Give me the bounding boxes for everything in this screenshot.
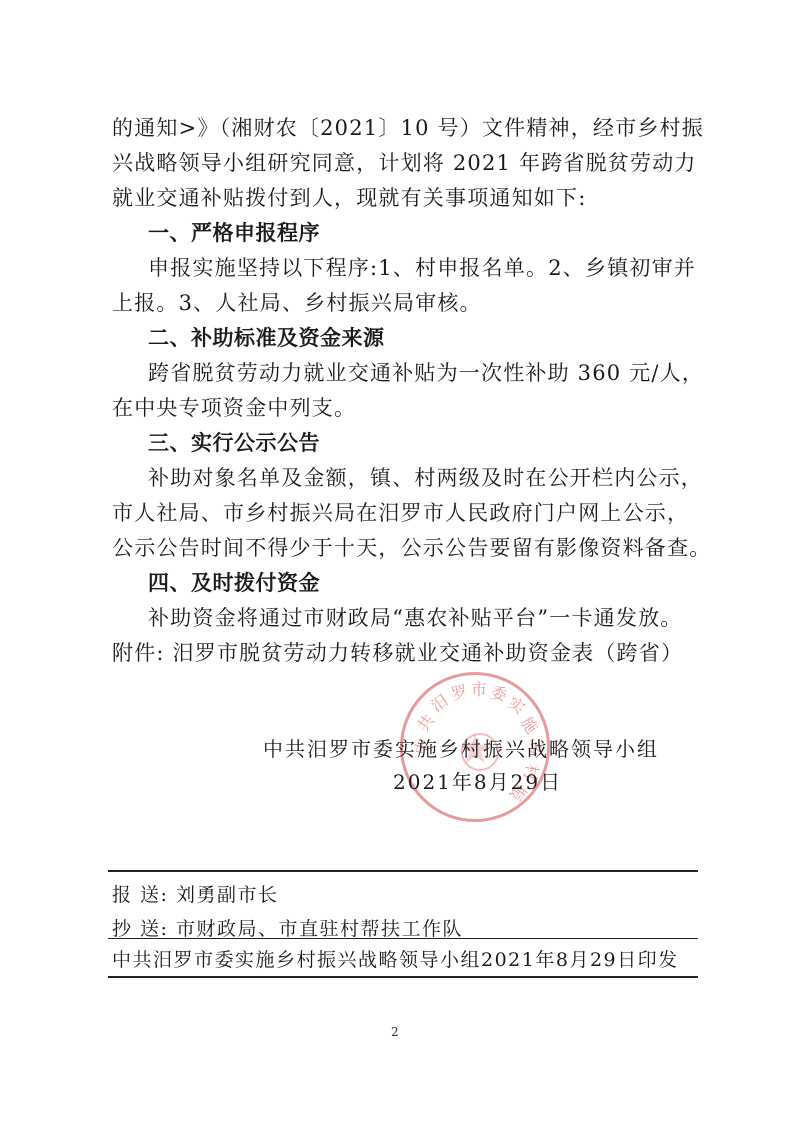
body-line: 补助资金将通过市财政局“惠农补贴平台”一卡通发放。 [148, 604, 682, 632]
body-line: 在中央专项资金中列支。 [112, 394, 356, 422]
issued-by: 中共汨罗市委实施乡村振兴战略领导小组2021年8月29日印发 [112, 945, 679, 972]
body-line: 上报。3、人社局、乡村振兴局审核。 [112, 289, 482, 317]
body-line: 补助对象名单及金额，镇、村两级及时在公开栏内公示， [148, 464, 703, 492]
body-line: 就业交通补贴拨付到人，现就有关事项通知如下: [112, 184, 586, 212]
divider-bottom [108, 976, 698, 978]
section-heading-2: 二、补助标准及资金来源 [148, 324, 385, 352]
divider-middle [108, 938, 698, 939]
body-line: 兴战略领导小组研究同意，计划将 2021 年跨省脱贫劳动力 [112, 149, 697, 177]
section-heading-4: 四、及时拨付资金 [148, 569, 320, 597]
seal-char: 委 [488, 679, 509, 705]
page-number: 2 [391, 1025, 399, 1039]
divider-top [108, 870, 698, 872]
body-line: 跨省脱贫劳动力就业交通补贴为一次性补助 360 元/人， [148, 359, 704, 387]
section-heading-1: 一、严格申报程序 [148, 219, 320, 247]
report-to: 报 送: 刘勇副市长 [112, 880, 278, 907]
signature-org: 中共汨罗市委实施乡村振兴战略领导小组 [263, 733, 659, 762]
body-line: 公示公告时间不得少于十天，公示公告要留有影像资料备查。 [112, 534, 711, 562]
body-line: 申报实施坚持以下程序:1、村申报名单。2、乡镇初审并 [148, 254, 696, 282]
signature-date: 2021年8月29日 [393, 766, 562, 795]
seal-char: 罗 [448, 678, 469, 704]
section-heading-3: 三、实行公示公告 [148, 429, 320, 457]
seal-char: 实 [504, 690, 530, 718]
body-line: 市人社局、市乡村振兴局在汨罗市人民政府门户网上公示， [112, 499, 689, 527]
attachment-line: 附件: 汨罗市脱贫劳动力转移就业交通补助资金表（跨省） [112, 639, 683, 667]
seal-char: 市 [471, 677, 487, 700]
copy-to: 抄 送: 市财政局、市直驻村帮扶工作队 [112, 914, 463, 941]
seal-char: 汨 [426, 688, 452, 716]
body-line: 的通知>》（湘财农〔2021〕10 号）文件精神，经市乡村振 [112, 114, 704, 142]
